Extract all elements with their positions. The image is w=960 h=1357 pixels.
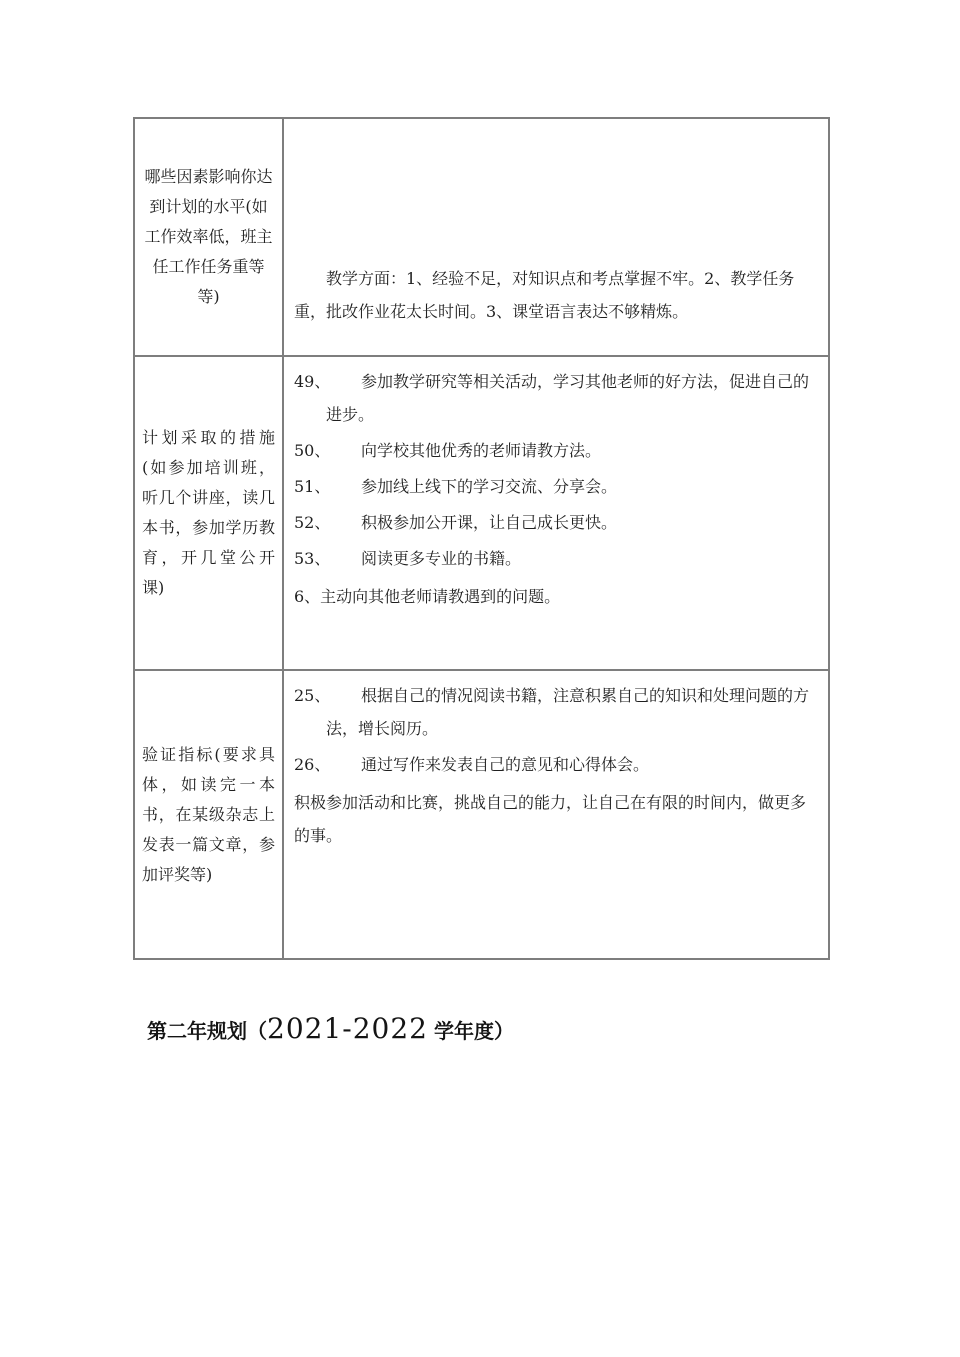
heading-suffix: 学年度 xyxy=(434,1021,494,1043)
measures-label: 计划采取的措施(如参加培训班，听几个讲座，读几本书，参加学历教育，开几堂公开课) xyxy=(142,423,275,603)
table-row-indicators: 验证指标(要求具体，如读完一本书，在某级杂志上发表一篇文章，参加评奖等) 25、… xyxy=(135,669,828,958)
plan-table: 哪些因素影响你达到计划的水平(如工作效率低，班主任工作任务重等等) 教学方面：1… xyxy=(133,117,830,960)
item-text: 阅读更多专业的书籍。 xyxy=(361,549,521,568)
item-text: 通过写作来发表自己的意见和心得体会。 xyxy=(361,755,649,774)
indicators-label-cell: 验证指标(要求具体，如读完一本书，在某级杂志上发表一篇文章，参加评奖等) xyxy=(135,671,284,958)
heading-prefix: 第二年规划 xyxy=(147,1021,247,1043)
indicator-footer-paragraph: 积极参加活动和比赛，挑战自己的能力，让自己在有限的时间内，做更多的事。 xyxy=(294,786,814,852)
item-text: 积极参加公开课，让自己成长更快。 xyxy=(361,513,617,532)
item-text: 向学校其他优秀的老师请教方法。 xyxy=(361,441,601,460)
item-text: 参加线上线下的学习交流、分享会。 xyxy=(361,477,617,496)
indicator-item: 25、根据自己的情况阅读书籍，注意积累自己的知识和处理问题的方法，增长阅历。 xyxy=(294,679,814,745)
factors-content-cell: 教学方面：1、经验不足，对知识点和考点掌握不牢。2、教学任务重，批改作业花太长时… xyxy=(284,119,828,355)
measures-content-cell: 49、参加教学研究等相关活动，学习其他老师的好方法，促进自己的进步。 50、向学… xyxy=(284,357,828,669)
item-number: 52、 xyxy=(294,506,361,539)
indicator-item: 26、通过写作来发表自己的意见和心得体会。 xyxy=(294,748,814,781)
measure-item: 50、向学校其他优秀的老师请教方法。 xyxy=(294,434,814,467)
second-year-plan-heading: 第二年规划（2021-2022学年度） xyxy=(147,1012,514,1045)
measures-label-cell: 计划采取的措施(如参加培训班，听几个讲座，读几本书，参加学历教育，开几堂公开课) xyxy=(135,357,284,669)
item-text: 根据自己的情况阅读书籍，注意积累自己的知识和处理问题的方法，增长阅历。 xyxy=(326,686,809,738)
heading-open-paren: （ xyxy=(247,1021,267,1043)
item-number: 50、 xyxy=(294,434,361,467)
table-row-measures: 计划采取的措施(如参加培训班，听几个讲座，读几本书，参加学历教育，开几堂公开课)… xyxy=(135,355,828,669)
measure-footer-line: 6、主动向其他老师请教遇到的问题。 xyxy=(294,580,814,613)
item-text: 参加教学研究等相关活动，学习其他老师的好方法，促进自己的进步。 xyxy=(326,372,809,424)
item-number: 51、 xyxy=(294,470,361,503)
measure-item: 49、参加教学研究等相关活动，学习其他老师的好方法，促进自己的进步。 xyxy=(294,365,814,431)
factors-label: 哪些因素影响你达到计划的水平(如工作效率低，班主任工作任务重等等) xyxy=(142,162,275,312)
item-number: 49、 xyxy=(294,365,361,398)
table-row-factors: 哪些因素影响你达到计划的水平(如工作效率低，班主任工作任务重等等) 教学方面：1… xyxy=(135,119,828,355)
heading-close-paren: ） xyxy=(494,1021,514,1043)
measure-item: 53、阅读更多专业的书籍。 xyxy=(294,542,814,575)
measure-item: 52、积极参加公开课，让自己成长更快。 xyxy=(294,506,814,539)
heading-year: 2021-2022 xyxy=(267,1012,428,1045)
measure-item: 51、参加线上线下的学习交流、分享会。 xyxy=(294,470,814,503)
factors-label-cell: 哪些因素影响你达到计划的水平(如工作效率低，班主任工作任务重等等) xyxy=(135,119,284,355)
item-number: 25、 xyxy=(294,679,361,712)
item-number: 26、 xyxy=(294,748,361,781)
factors-paragraph: 教学方面：1、经验不足，对知识点和考点掌握不牢。2、教学任务重，批改作业花太长时… xyxy=(294,262,814,328)
indicators-label: 验证指标(要求具体，如读完一本书，在某级杂志上发表一篇文章，参加评奖等) xyxy=(142,740,275,890)
indicators-content-cell: 25、根据自己的情况阅读书籍，注意积累自己的知识和处理问题的方法，增长阅历。 2… xyxy=(284,671,828,958)
document-page: 哪些因素影响你达到计划的水平(如工作效率低，班主任工作任务重等等) 教学方面：1… xyxy=(0,0,960,1357)
item-number: 53、 xyxy=(294,542,361,575)
